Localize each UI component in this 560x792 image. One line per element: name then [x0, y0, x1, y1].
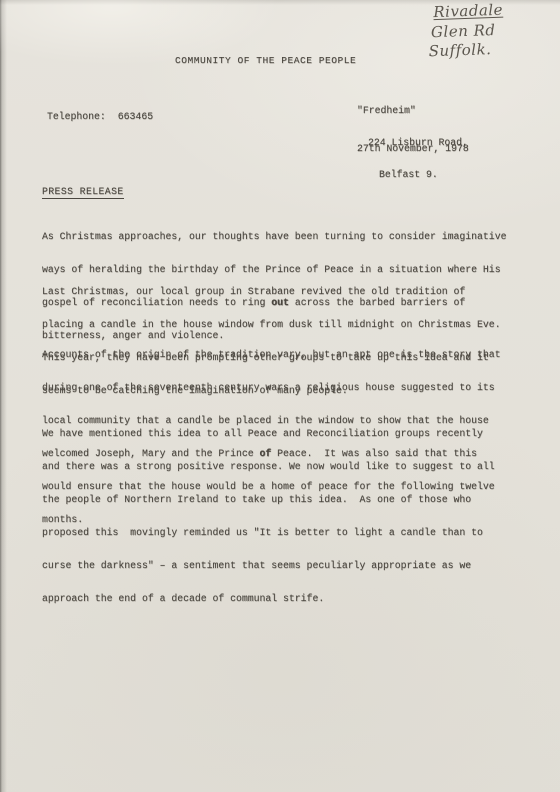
organization-title: COMMUNITY OF THE PEACE PEOPLE	[175, 55, 356, 66]
scanned-press-release-page: Rivadale Glen Rd Suffolk. COMMUNITY OF T…	[0, 0, 560, 792]
handwritten-address-note: Rivadale Glen Rd Suffolk.	[427, 1, 505, 62]
paragraph-line: during one of the seventeenth century wa…	[42, 382, 501, 393]
press-release-heading: PRESS RELEASE	[42, 186, 124, 199]
paragraph-line: curse the darkness" – a sentiment that s…	[42, 560, 495, 571]
handwritten-line: Glen Rd	[431, 20, 504, 42]
paragraph-4: We have mentioned this idea to all Peace…	[42, 406, 495, 626]
handwritten-line: Rivadale	[433, 1, 503, 23]
handwritten-line: Suffolk.	[428, 40, 504, 62]
paragraph-line: and there was a strong positive response…	[42, 461, 495, 472]
paragraph-line: We have mentioned this idea to all Peace…	[42, 428, 495, 439]
date-line: 27th November, 1978	[357, 143, 469, 154]
paragraph-line: Accounts of the origin of the tradition …	[42, 349, 501, 360]
paragraph-line: the people of Northern Ireland to take u…	[42, 494, 495, 505]
paragraph-line: approach the end of a decade of communal…	[42, 593, 495, 604]
telephone-label: Telephone:	[47, 111, 106, 122]
paragraph-line: proposed this movingly reminded us "It i…	[42, 527, 495, 538]
address-city: Belfast 9.	[379, 170, 468, 181]
paragraph-line: As Christmas approaches, our thoughts ha…	[42, 231, 506, 242]
paragraph-line: Last Christmas, our local group in Strab…	[42, 286, 501, 297]
address-house-name: "Fredheim"	[357, 106, 468, 117]
telephone-number: 663465	[118, 111, 153, 122]
telephone-line: Telephone:663465	[47, 111, 153, 122]
